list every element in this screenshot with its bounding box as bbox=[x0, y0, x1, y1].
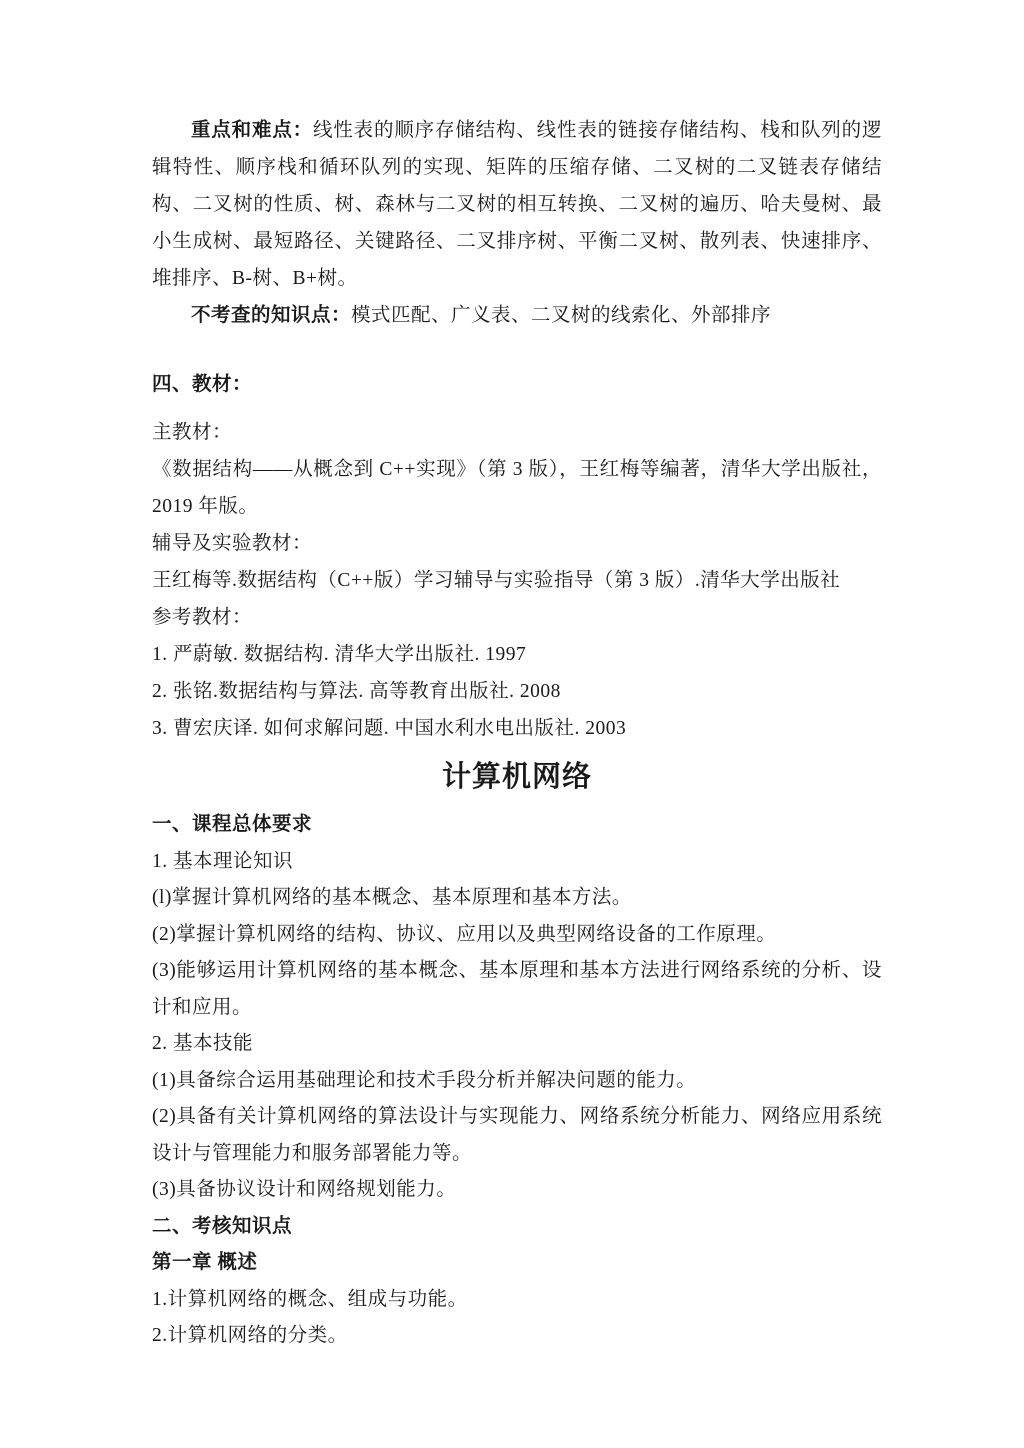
document-body: 重点和难点：线性表的顺序存储结构、线性表的链接存储结构、栈和队列的逻辑特性、顺序… bbox=[152, 112, 882, 1355]
key-points-label: 重点和难点： bbox=[191, 120, 313, 141]
chapter1-heading: 第一章 概述 bbox=[152, 1245, 882, 1282]
chapter1-item: 1.计算机网络的概念、组成与功能。 bbox=[152, 1282, 882, 1319]
course-title: 计算机网络 bbox=[152, 755, 882, 799]
theory-item: (l)掌握计算机网络的基本概念、基本原理和基本方法。 bbox=[152, 880, 882, 917]
key-points-text: 线性表的顺序存储结构、线性表的链接存储结构、栈和队列的逻辑特性、顺序栈和循环队列… bbox=[152, 120, 882, 289]
theory-item: (2)掌握计算机网络的结构、协议、应用以及典型网络设备的工作原理。 bbox=[152, 917, 882, 954]
basic-skills-heading: 2. 基本技能 bbox=[152, 1026, 882, 1063]
excluded-topics-label: 不考查的知识点： bbox=[191, 305, 351, 326]
reference-item: 1. 严蔚敏. 数据结构. 清华大学出版社. 1997 bbox=[152, 636, 882, 673]
reference-label: 参考教材： bbox=[152, 599, 882, 636]
main-textbook-label: 主教材： bbox=[152, 414, 882, 451]
skills-item: (3)具备协议设计和网络规划能力。 bbox=[152, 1172, 882, 1209]
reference-item: 2. 张铭.数据结构与算法. 高等教育出版社. 2008 bbox=[152, 673, 882, 710]
document-page: { "document": { "key_points": { "label":… bbox=[0, 0, 1024, 1448]
aux-textbook-label: 辅导及实验教材： bbox=[152, 525, 882, 562]
overall-requirements-heading: 一、课程总体要求 bbox=[152, 807, 882, 844]
reference-item: 3. 曹宏庆译. 如何求解问题. 中国水利水电出版社. 2003 bbox=[152, 710, 882, 747]
aux-textbook-entry: 王红梅等.数据结构（C++版）学习辅导与实验指导（第 3 版）.清华大学出版社 bbox=[152, 562, 882, 599]
excluded-topics-text: 模式匹配、广义表、二叉树的线索化、外部排序 bbox=[351, 305, 771, 326]
chapter1-item: 2.计算机网络的分类。 bbox=[152, 1318, 882, 1355]
excluded-topics-paragraph: 不考查的知识点：模式匹配、广义表、二叉树的线索化、外部排序 bbox=[152, 297, 882, 334]
theory-item: (3)能够运用计算机网络的基本概念、基本原理和基本方法进行网络系统的分析、设计和… bbox=[152, 953, 882, 1026]
skills-item: (2)具备有关计算机网络的算法设计与实现能力、网络系统分析能力、网络应用系统设计… bbox=[152, 1099, 882, 1172]
skills-item: (1)具备综合运用基础理论和技术手段分析并解决问题的能力。 bbox=[152, 1063, 882, 1100]
textbooks-section-heading: 四、教材： bbox=[152, 366, 882, 403]
network-course-section: 一、课程总体要求 1. 基本理论知识 (l)掌握计算机网络的基本概念、基本原理和… bbox=[152, 807, 882, 1355]
main-textbook-entry: 《数据结构——从概念到 C++实现》（第 3 版），王红梅等编著，清华大学出版社… bbox=[152, 451, 882, 525]
assessment-points-heading: 二、考核知识点 bbox=[152, 1209, 882, 1246]
key-points-paragraph: 重点和难点：线性表的顺序存储结构、线性表的链接存储结构、栈和队列的逻辑特性、顺序… bbox=[152, 112, 882, 297]
basic-theory-heading: 1. 基本理论知识 bbox=[152, 844, 882, 881]
